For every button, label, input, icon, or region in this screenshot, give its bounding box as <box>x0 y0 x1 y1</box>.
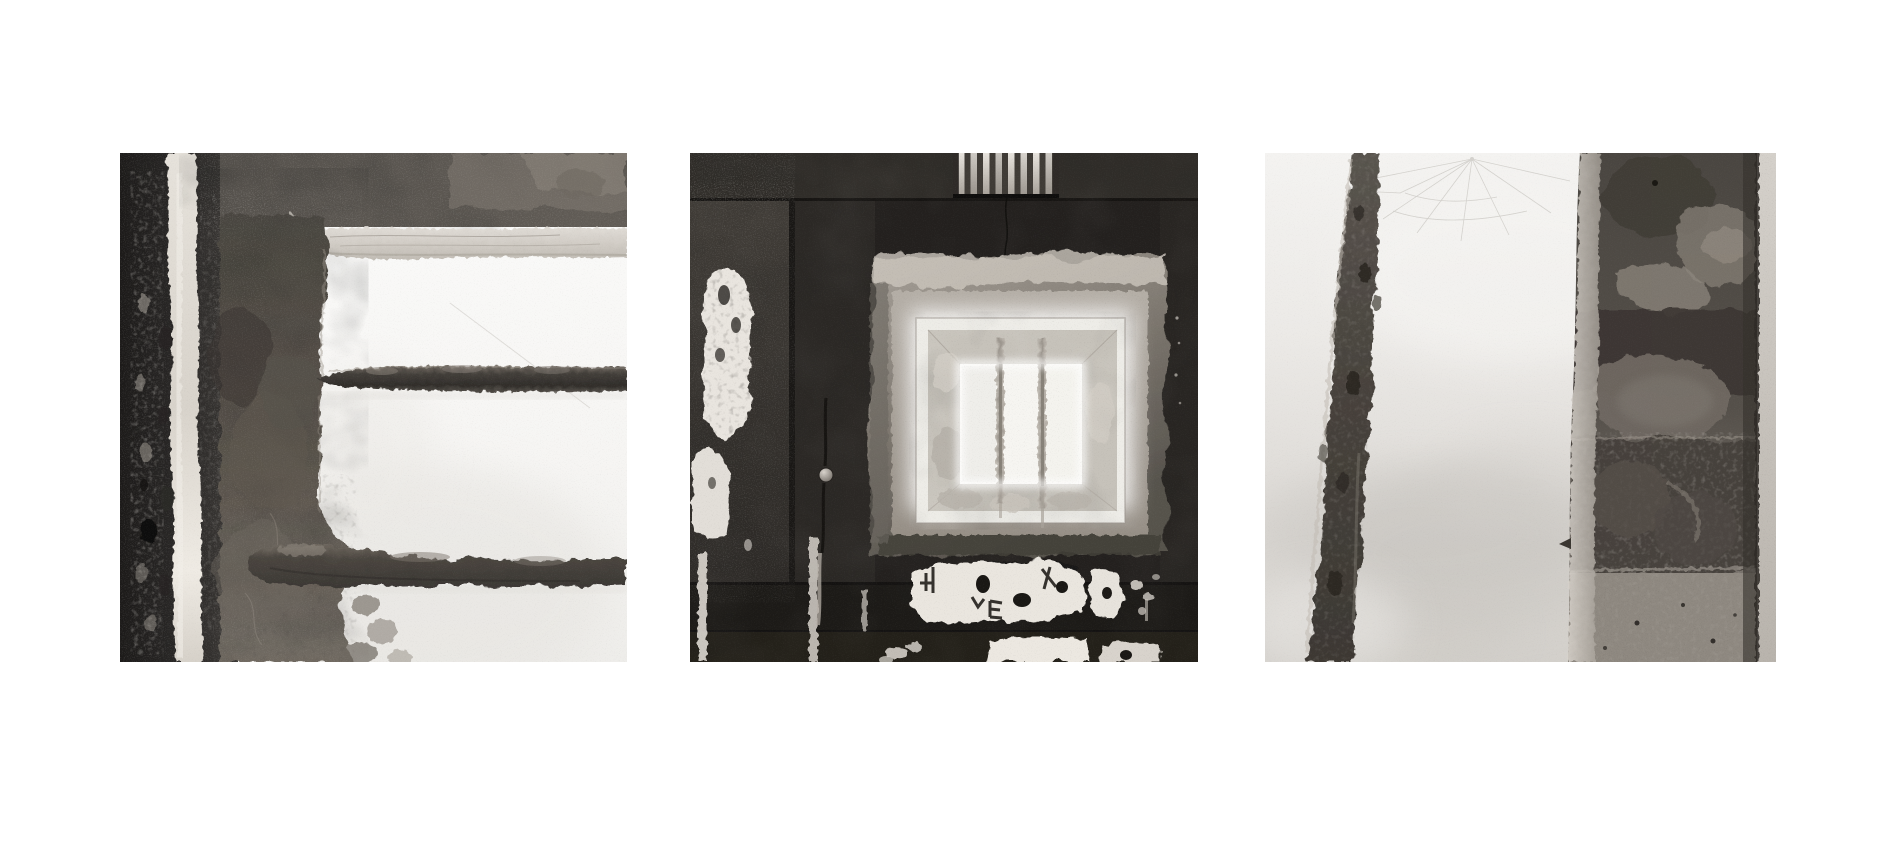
film-grain-overlay <box>690 153 1198 662</box>
photo-center-lightwell <box>690 153 1198 662</box>
triptych <box>0 0 1890 856</box>
photo-center-art <box>690 153 1198 662</box>
photo-left-window-bars <box>120 153 627 662</box>
photo-left-art <box>120 153 627 662</box>
film-grain-overlay <box>1265 153 1776 662</box>
film-grain-overlay <box>120 153 627 662</box>
photo-right-pillar <box>1265 153 1776 662</box>
photo-right-art <box>1265 153 1776 662</box>
